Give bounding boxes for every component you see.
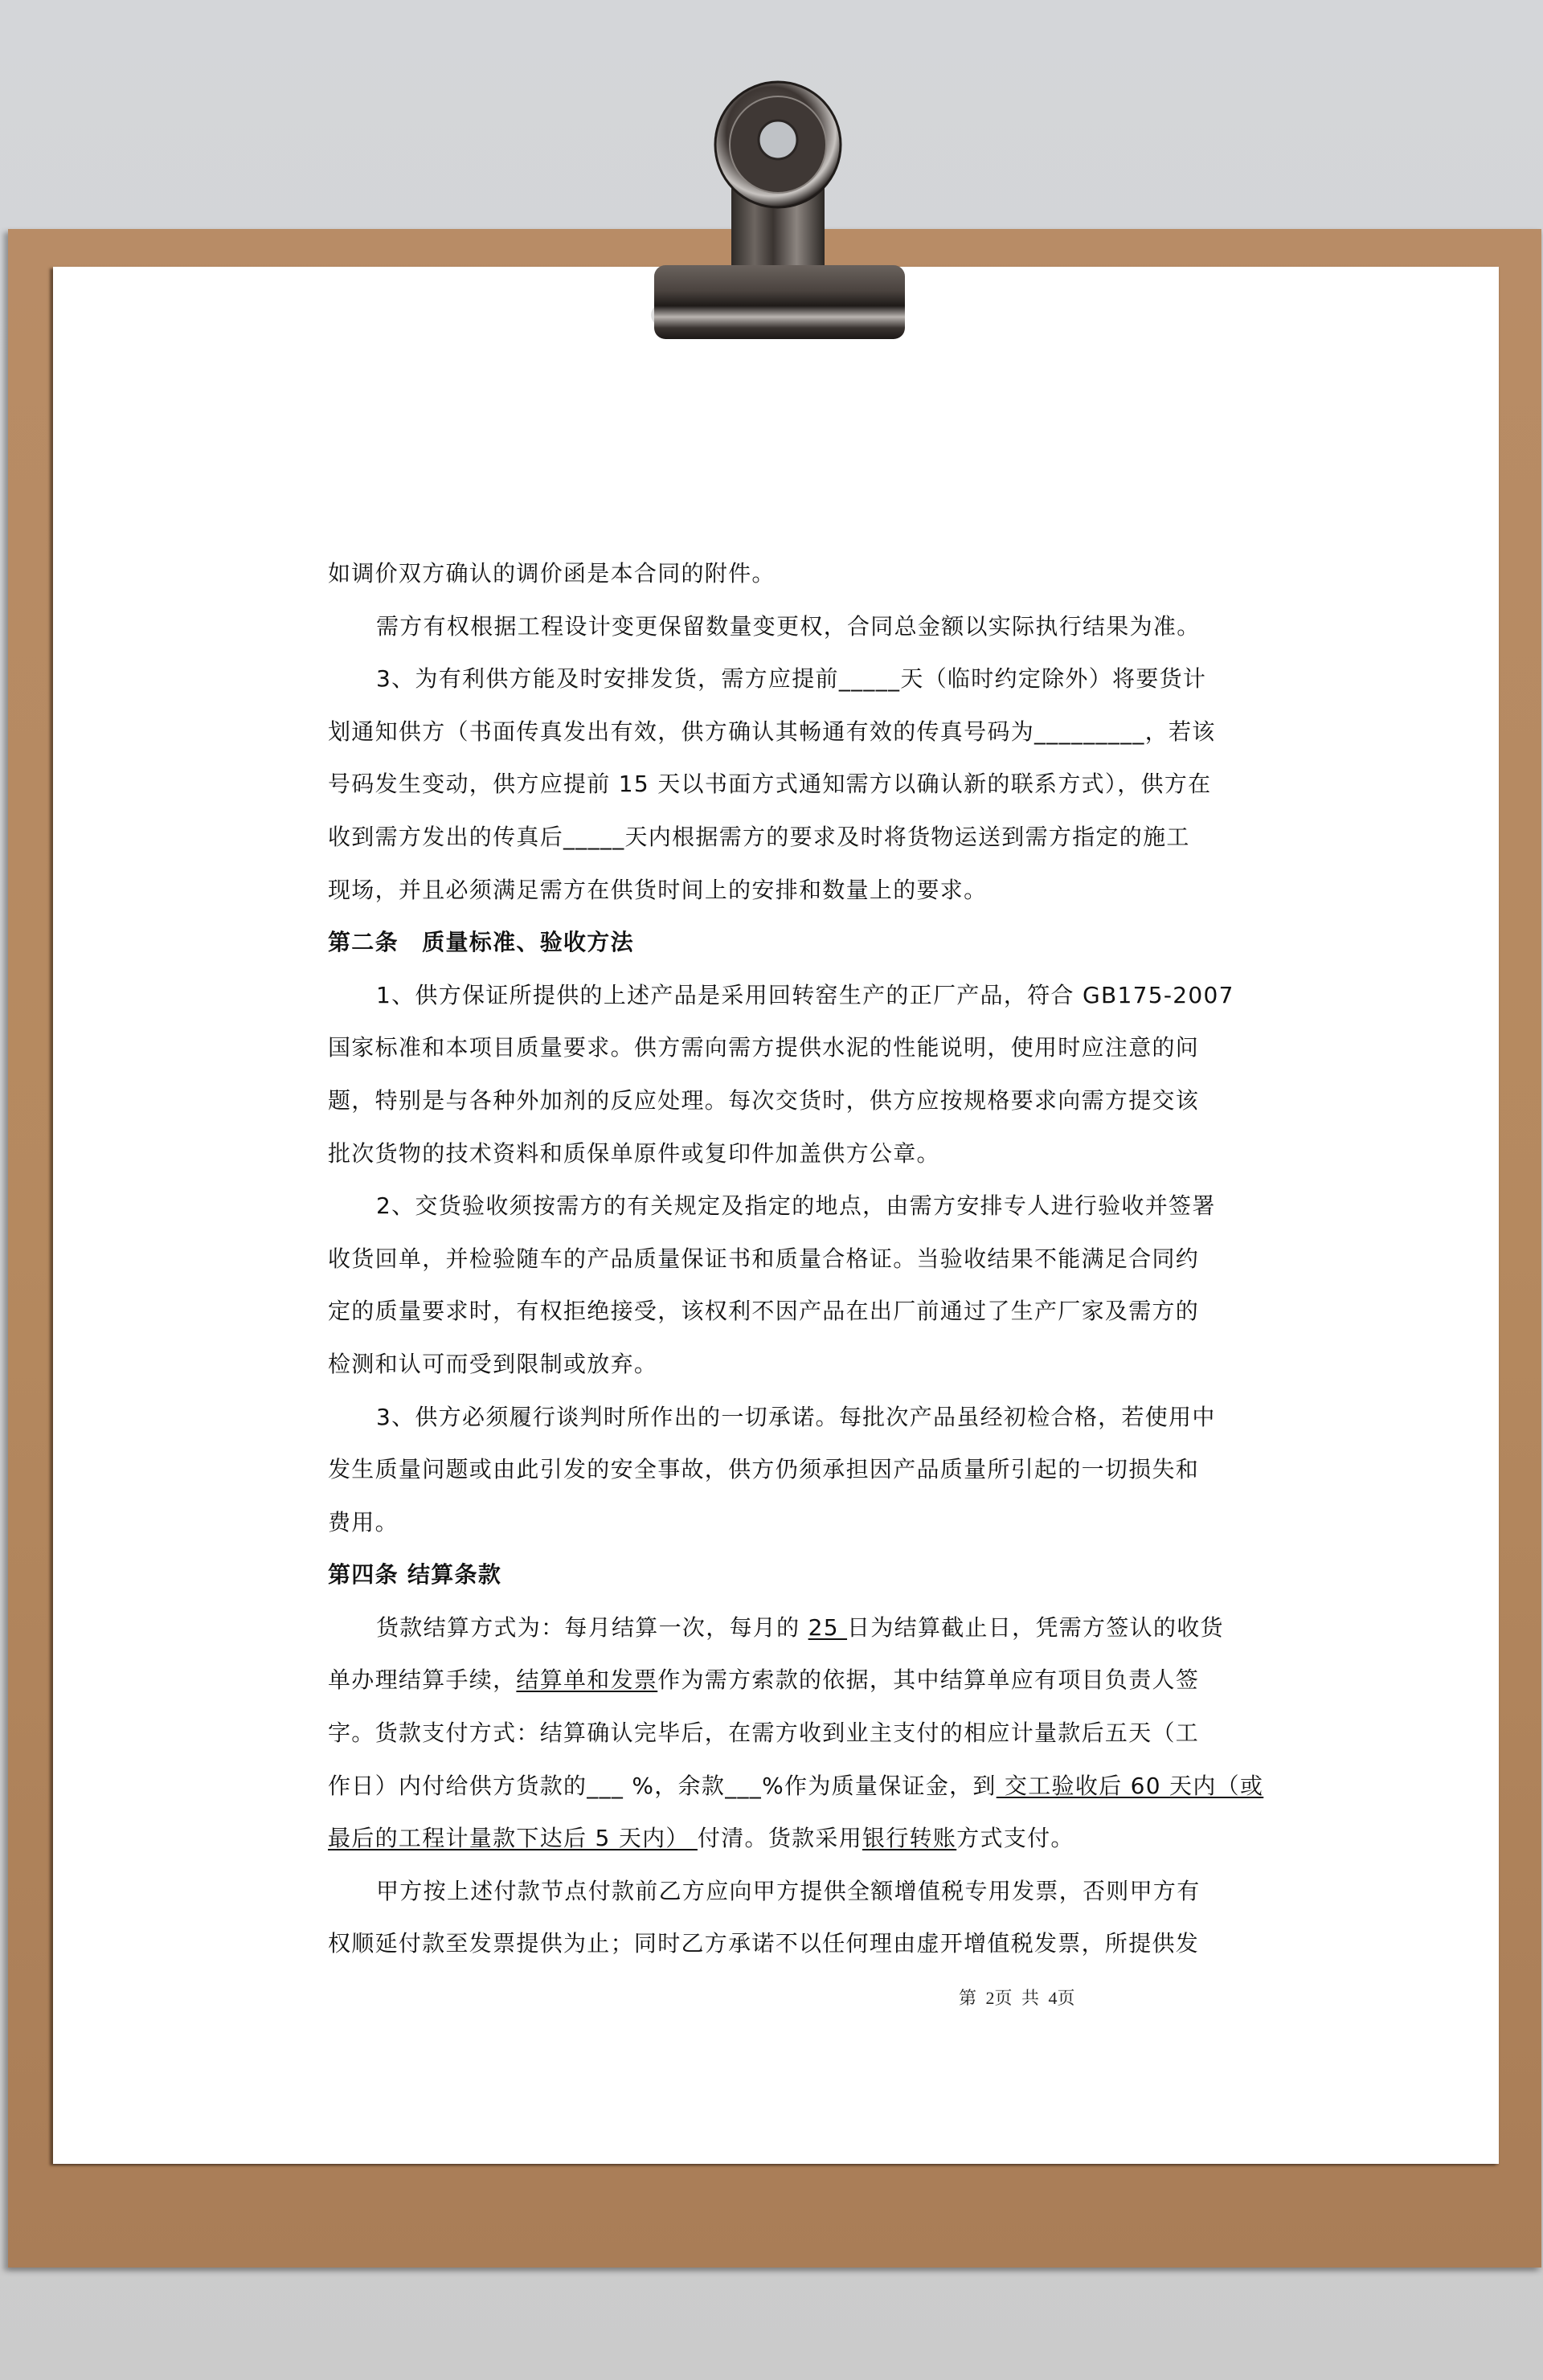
underlined-text: 交工验收后 60 天内（或 [997,1773,1264,1799]
paragraph-line: 国家标准和本项目质量要求。供方需向需方提供水泥的性能说明，使用时应注意的问 [328,1028,1233,1082]
paragraph-line: 2、交货验收须按需方的有关规定及指定的地点，由需方安排专人进行验收并签署 [328,1187,1233,1240]
paragraph-line: 甲方按上述付款节点付款前乙方应向甲方提供全额增值税专用发票，否则甲方有 [328,1872,1233,1925]
text-segment: 货款结算方式为：每月结算一次，每月的 [376,1614,808,1641]
paragraph-line: 现场，并且必须满足需方在供货时间上的安排和数量上的要求。 [328,871,1233,924]
paragraph-line: 划通知供方（书面传真发出有效，供方确认其畅通有效的传真号码为_________，… [328,713,1233,766]
payment-method-value: 银行转账 [862,1825,956,1851]
paragraph-line: 检测和认可而受到限制或放弃。 [328,1345,1233,1398]
text-segment: 日为结算截止日，凭需方签认的收货 [847,1614,1224,1641]
text-segment: 单办理结算手续， [328,1666,516,1693]
paragraph-line: 货款结算方式为：每月结算一次，每月的 25 日为结算截止日，凭需方签认的收货 [328,1609,1233,1662]
paragraph-line: 3、供方必须履行谈判时所作出的一切承诺。每批次产品虽经初检合格，若使用中 [328,1398,1233,1451]
paragraph-line: 费用。 [328,1503,1233,1556]
document-body: 如调价双方确认的调价函是本合同的附件。 需方有权根据工程设计变更保留数量变更权，… [328,554,1233,1977]
underlined-text: 最后的工程计量款下达后 5 天内） [328,1825,698,1851]
paragraph-line: 发生质量问题或由此引发的安全事故，供方仍须承担因产品质量所引起的一切损失和 [328,1450,1233,1503]
paragraph-line: 单办理结算手续，结算单和发票作为需方索款的依据，其中结算单应有项目负责人签 [328,1661,1233,1714]
paragraph-line: 最后的工程计量款下达后 5 天内） 付清。货款采用银行转账方式支付。 [328,1819,1233,1872]
text-segment: 作日）内付给供方货款的___ %，余款___%作为质量保证金，到 [328,1773,997,1799]
settlement-day-value: 25 [808,1614,847,1641]
binder-clip-icon [611,50,948,355]
text-segment: 作为需方索款的依据，其中结算单应有项目负责人签 [657,1666,1199,1693]
paragraph-line: 如调价双方确认的调价函是本合同的附件。 [328,554,1233,607]
paragraph-line: 题，特别是与各种外加剂的反应处理。每次交货时，供方应按规格要求向需方提交该 [328,1082,1233,1135]
text-segment: 付清。货款采用 [698,1825,862,1851]
paragraph-line: 需方有权根据工程设计变更保留数量变更权，合同总金额以实际执行结果为准。 [328,607,1233,660]
paragraph-line: 3、为有利供方能及时安排发货，需方应提前_____天（临时约定除外）将要货计 [328,660,1233,713]
article-4-heading: 第四条 结算条款 [328,1556,1233,1609]
underlined-text: 结算单和发票 [516,1666,657,1693]
paragraph-line: 字。货款支付方式：结算确认完毕后，在需方收到业主支付的相应计量款后五天（工 [328,1714,1233,1767]
paragraph-line: 作日）内付给供方货款的___ %，余款___%作为质量保证金，到 交工验收后 6… [328,1767,1233,1820]
paragraph-line: 1、供方保证所提供的上述产品是采用回转窑生产的正厂产品，符合 GB175-200… [328,976,1233,1029]
paragraph-line: 权顺延付款至发票提供为止；同时乙方承诺不以任何理由虚开增值税发票，所提供发 [328,1924,1233,1977]
paragraph-line: 定的质量要求时，有权拒绝接受，该权利不因产品在出厂前通过了生产厂家及需方的 [328,1292,1233,1345]
paragraph-line: 收到需方发出的传真后_____天内根据需方的要求及时将货物运送到需方指定的施工 [328,818,1233,871]
paragraph-line: 号码发生变动，供方应提前 15 天以书面方式通知需方以确认新的联系方式），供方在 [328,765,1233,818]
paragraph-line: 批次货物的技术资料和质保单原件或复印件加盖供方公章。 [328,1135,1233,1188]
article-2-heading: 第二条 质量标准、验收方法 [328,923,1233,976]
page-number: 第 2页 共 4页 [959,1985,1075,2010]
paragraph-line: 收货回单，并检验随车的产品质量保证书和质量合格证。当验收结果不能满足合同约 [328,1240,1233,1293]
text-segment: 方式支付。 [956,1825,1074,1851]
